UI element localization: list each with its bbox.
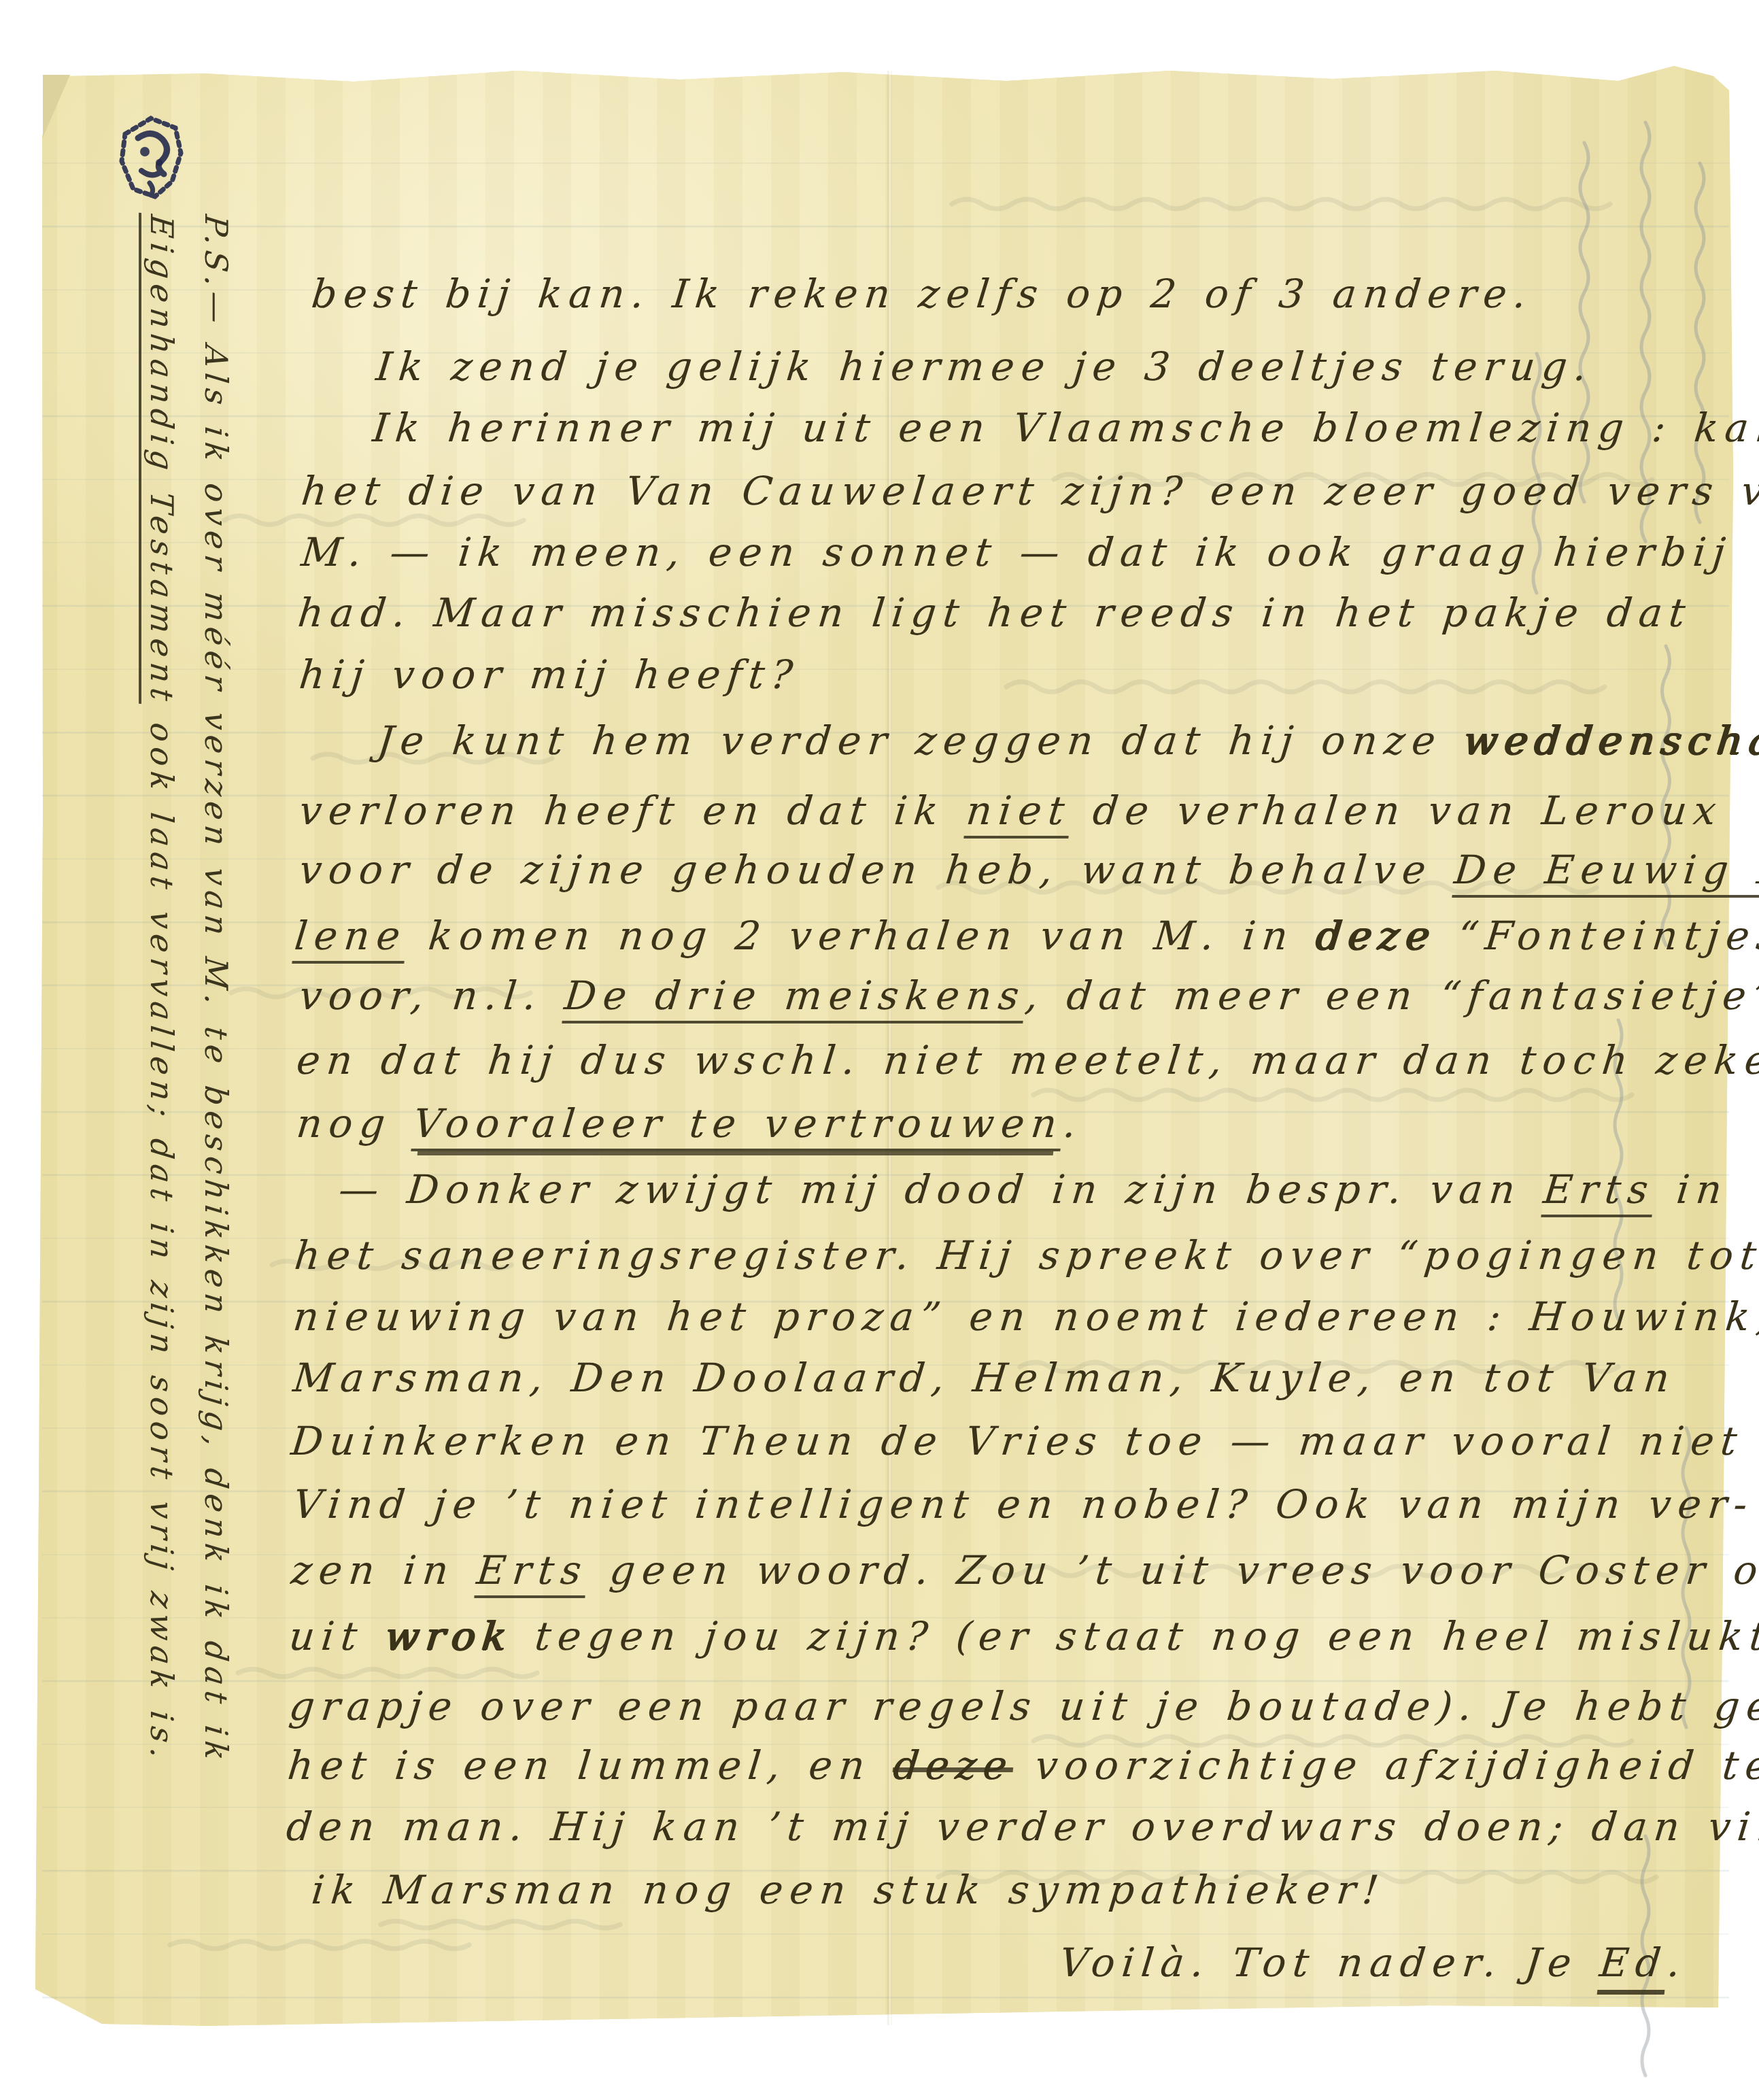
letter-line: M. — ik meen, een sonnet — dat ik ook gr… xyxy=(299,529,1734,575)
letter-text: Duinkerken en Theun de Vries toe — maar … xyxy=(289,1418,1759,1464)
letter-line: lene komen nog 2 verhalen van M. in deze… xyxy=(292,913,1759,959)
letter-phrase-uu: Vooraleer te vertrouwen xyxy=(411,1100,1065,1151)
letter-text: hij voor mij heeft? xyxy=(297,651,802,698)
letter-line: ik Marsman nog een stuk sympathieker! xyxy=(309,1867,1388,1913)
letter-line: nieuwing van het proza” en noemt iederee… xyxy=(291,1293,1759,1340)
letter-text: komen nog 2 verhalen van M. in xyxy=(405,913,1319,959)
letter-phrase-blot: wrok xyxy=(383,1613,516,1659)
letter-line: Ik zend je gelijk hiermee je 3 deeltjes … xyxy=(374,343,1596,390)
letter-text: tegen jou zijn? (er staat nog een heel m… xyxy=(511,1613,1759,1659)
letter-line: best bij kan. Ik reken zelfs op 2 of 3 a… xyxy=(309,271,1535,317)
letter-text: nieuwing van het proza” en noemt iederee… xyxy=(291,1293,1759,1340)
letter-text: in xyxy=(1652,1166,1730,1213)
letter-text: grapje over een paar regels uit je bouta… xyxy=(287,1683,1759,1729)
letter-text: Voilà. Tot nader. Je xyxy=(1057,1940,1603,1986)
letter-line: Vind je ’t niet intelligent en nobel? Oo… xyxy=(291,1481,1756,1527)
letter-text: zen in xyxy=(289,1547,479,1593)
letter-line: verloren heeft en dat ik niet de verhale… xyxy=(297,787,1725,834)
letter-text: had. Maar misschien ligt het reeds in he… xyxy=(296,590,1694,636)
letter-line: Marsman, Den Doolaard, Helman, Kuyle, en… xyxy=(291,1355,1679,1401)
letter-text: Vind je ’t niet intelligent en nobel? Oo… xyxy=(291,1481,1756,1527)
letter-text: Marsman, Den Doolaard, Helman, Kuyle, en… xyxy=(291,1355,1679,1401)
letter-line: het saneeringsregister. Hij spreekt over… xyxy=(292,1232,1759,1278)
letter-phrase-blot: deze xyxy=(1314,913,1439,959)
letter-text: voor, n.l. xyxy=(297,972,567,1019)
letter-text: — Donker zwijgt mij dood in zijn bespr. … xyxy=(337,1166,1546,1213)
letter-text: nog xyxy=(294,1100,416,1147)
letter-text: voorzichtige afzijdigheid teekent xyxy=(1011,1742,1759,1789)
letter-text: het saneeringsregister. Hij spreekt over… xyxy=(292,1232,1759,1278)
letter-phrase-u: Erts xyxy=(474,1547,590,1598)
letter-phrase-u: De Eeuwig Besto- xyxy=(1452,847,1759,898)
letter-line: den man. Hij kan ’t mij verder overdwars… xyxy=(284,1803,1759,1850)
letter-scan: P.S.— Als ik over méér verzen van M. te … xyxy=(0,0,1759,2100)
letter-text: het is een lummel, en xyxy=(286,1742,896,1789)
letter-text: Ik herinner mij uit een Vlaamsche bloeml… xyxy=(371,405,1759,451)
letter-text: , dat meer een “fantasietje” is xyxy=(1023,972,1759,1019)
letter-text: M. — ik meen, een sonnet — dat ik ook gr… xyxy=(299,529,1734,575)
ink-stamp-icon xyxy=(114,112,189,204)
letter-phrase-u: niet xyxy=(963,787,1073,839)
letter-text: de verhalen van Leroux xyxy=(1069,787,1726,834)
letter-text: ook laat vervallen; dat in zijn soort vr… xyxy=(143,705,180,1765)
letter-line: zen in Erts geen woord. Zou ’t uit vrees… xyxy=(289,1547,1759,1593)
letter-text: en dat hij dus wschl. niet meetelt, maar… xyxy=(294,1037,1759,1083)
letter-line: had. Maar misschien ligt het reeds in he… xyxy=(296,590,1694,636)
margin-postscript: P.S.— Als ik over méér verzen van M. te … xyxy=(135,212,243,2048)
letter-text: ik Marsman nog een stuk sympathieker! xyxy=(309,1867,1388,1913)
letter-text: P.S.— Als ik over méér verzen van M. te … xyxy=(198,213,235,1767)
letter-phrase-u: De drie meiskens xyxy=(562,972,1028,1023)
letter-line: nog Vooraleer te vertrouwen. xyxy=(294,1100,1085,1147)
letter-line: — Donker zwijgt mij dood in zijn bespr. … xyxy=(337,1166,1731,1213)
letter-line: Voilà. Tot nader. Je Ed. xyxy=(1057,1940,1690,1986)
margin-note-line: P.S.— Als ik over méér verzen van M. te … xyxy=(189,212,243,2054)
letter-text: Ik zend je gelijk hiermee je 3 deeltjes … xyxy=(374,343,1596,390)
letter-text: den man. Hij kan ’t mij verder overdwars… xyxy=(284,1803,1759,1850)
letter-text: Je kunt hem verder zeggen dat hij onze xyxy=(375,717,1467,764)
letter-line: en dat hij dus wschl. niet meetelt, maar… xyxy=(294,1037,1759,1083)
letter-phrase-u: lene xyxy=(292,913,409,964)
letter-line: hij voor mij heeft? xyxy=(297,651,802,698)
letter-text: voor de zijne gehouden heb, want behalve xyxy=(297,847,1457,893)
letter-text: verloren heeft en dat ik xyxy=(297,787,969,834)
letter-text: uit xyxy=(287,1613,388,1659)
letter-line: Duinkerken en Theun de Vries toe — maar … xyxy=(289,1418,1759,1464)
letter-line: voor de zijne gehouden heb, want behalve… xyxy=(297,847,1759,893)
letter-phrase-u: Erts xyxy=(1541,1166,1657,1217)
letter-line: het is een lummel, en deze voorzichtige … xyxy=(286,1742,1759,1789)
letter-text: best bij kan. Ik reken zelfs op 2 of 3 a… xyxy=(309,271,1535,317)
letter-text: “Fonteintjes” xyxy=(1434,913,1759,959)
letter-line: uit wrok tegen jou zijn? (er staat nog e… xyxy=(287,1613,1759,1659)
letter-line: grapje over een paar regels uit je bouta… xyxy=(287,1683,1759,1729)
letter-line: voor, n.l. De drie meiskens, dat meer ee… xyxy=(297,972,1759,1019)
letter-text: het die van Van Cauwelaert zijn? een zee… xyxy=(299,468,1759,514)
letter-text: geen woord. Zou ’t uit vrees voor Coster… xyxy=(585,1547,1759,1593)
margin-note-line: Eigenhandig Testament ook laat vervallen… xyxy=(135,212,189,2054)
letter-line: het die van Van Cauwelaert zijn? een zee… xyxy=(299,468,1759,514)
letter-phrase-u: Ed xyxy=(1596,1940,1670,1995)
letter-phrase-blot: weddenschap xyxy=(1462,717,1759,764)
letter-phrase-strike: deze xyxy=(891,1742,1015,1789)
letter-line: Ik herinner mij uit een Vlaamsche bloeml… xyxy=(371,405,1759,451)
letter-phrase-u: Eigenhandig Testament xyxy=(139,213,180,709)
letter-line: Je kunt hem verder zeggen dat hij onze w… xyxy=(375,717,1759,764)
